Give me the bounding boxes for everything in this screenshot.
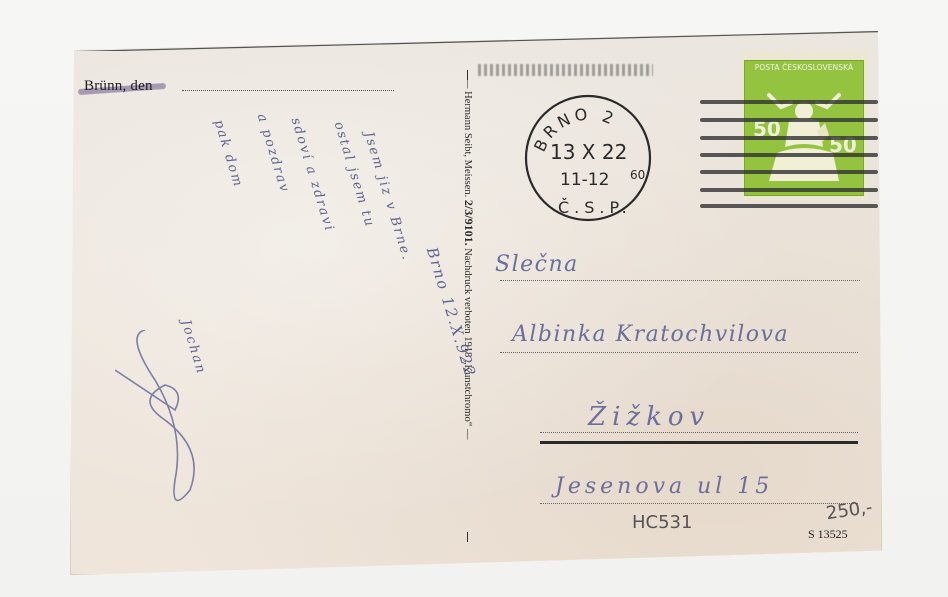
city-label: Brünn, den — [84, 78, 153, 95]
address-city: Žižkov — [588, 402, 710, 432]
address-underline-solid — [540, 441, 858, 444]
postmark-time: 11-12 — [560, 170, 609, 190]
address-line-1 — [500, 280, 860, 281]
stamp-country: POSTA ČESKOSLOVENSKÁ — [745, 63, 863, 72]
printing-smudge — [478, 64, 653, 76]
postmark: BRNO 2 13 X 22 11-12 60 Č.S.P. — [522, 93, 654, 223]
date-line — [182, 90, 394, 91]
postmark-bottom-text: Č.S.P. — [558, 198, 632, 217]
machine-cancellation — [700, 98, 878, 208]
postmark-side-number: 60 — [630, 168, 645, 182]
postmark-date: 13 X 22 — [550, 140, 627, 164]
printed-serial: S 13525 — [808, 527, 848, 542]
signature-flourish-icon — [115, 330, 225, 520]
publisher-number: 2/3/9101. — [462, 200, 476, 246]
address-salutation: Slečna — [495, 252, 579, 277]
pencil-code: HC531 — [632, 512, 692, 533]
address-name: Albinka Kratochvilova — [512, 322, 789, 347]
address-line-2 — [500, 352, 858, 353]
postmark-circle-icon: BRNO 2 13 X 22 11-12 60 Č.S.P. — [522, 93, 654, 223]
publisher-prefix: — Hermann Seibt, Meissen. — [462, 78, 473, 197]
address-line-4 — [540, 503, 858, 504]
publisher-imprint: — Hermann Seibt, Meissen. 2/3/9101. Nach… — [458, 78, 476, 538]
address-street: Jesenova ul 15 — [555, 474, 773, 499]
address-line-3 — [540, 432, 858, 433]
